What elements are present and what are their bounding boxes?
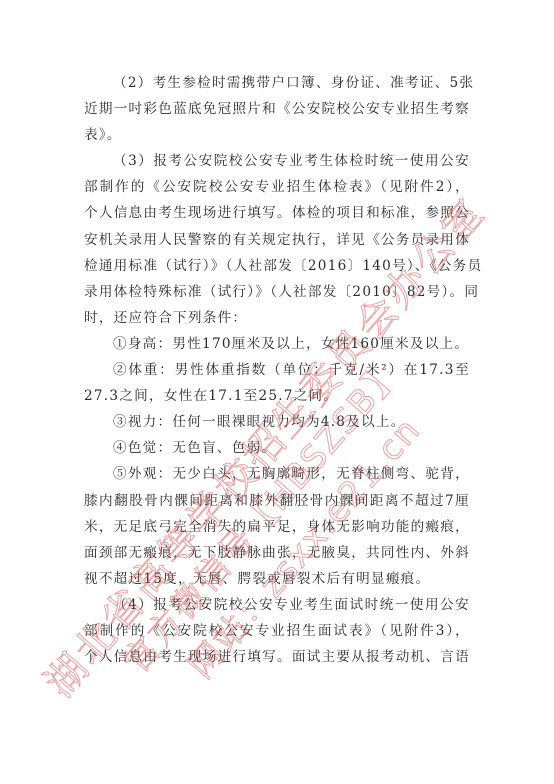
list-item-height: ①身高：男性170厘米及以上，女性160厘米及以上。 [84, 331, 470, 357]
text-line: 安机关录用人民警察的有关规定执行，详见《公务员录用体 [84, 227, 470, 253]
text-line: （3）报考公安院校公安专业考生体检时统一使用公安 [84, 148, 470, 174]
text-line: 视不超过15度，无唇、腭裂或唇裂术后有明显瘢痕。 [84, 566, 470, 592]
document-body: （2）考生参检时需携带户口簿、身份证、准考证、5张 近期一吋彩色蓝底免冠照片和《… [84, 70, 470, 670]
list-item-appearance: ⑤外观：无少白头，无胸廓畸形，无脊柱侧弯、驼背， [84, 461, 470, 487]
list-item-weight: ②体重：男性体重指数（单位：千克/米²）在17.3至 [84, 357, 470, 383]
text-line: 时，还应符合下列条件： [84, 305, 470, 331]
text-line: 录用体检特殊标准（试行）》（人社部发〔2010〕82号）。同 [84, 279, 470, 305]
text-line: 米，无足底弓完全消失的扁平足，身体无影响功能的瘢痕， [84, 514, 470, 540]
text-line: 检通用标准（试行）》（人社部发〔2016〕140号）、《公务员 [84, 253, 470, 279]
text-line: 部制作的《公安院校公安专业招生面试表》（见附件3）， [84, 618, 470, 644]
text-line: 近期一吋彩色蓝底免冠照片和《公安院校公安专业招生考察 [84, 96, 470, 122]
list-item-color-vision: ④色觉：无色盲、色弱。 [84, 435, 470, 461]
text-line: （4）报考公安院校公安专业考生面试时统一使用公安 [84, 592, 470, 618]
text-line: 个人信息由考生现场进行填写。面试主要从报考动机、言语 [84, 644, 470, 670]
text-line: 表》。 [84, 122, 470, 148]
text-line: 27.3之间，女性在17.1至25.7之间。 [84, 383, 470, 409]
text-line: 个人信息由考生现场进行填写。体检的项目和标准，参照公 [84, 200, 470, 226]
text-line: 膝内翻股骨内髁间距离和膝外翻胫骨内髁间距离不超过7厘 [84, 488, 470, 514]
document-page: （2）考生参检时需携带户口簿、身份证、准考证、5张 近期一吋彩色蓝底免冠照片和《… [0, 0, 554, 784]
text-line: （2）考生参检时需携带户口簿、身份证、准考证、5张 [84, 70, 470, 96]
text-line: 面颈部无瘢痕，无下肢静脉曲张，无腋臭，共同性内、外斜 [84, 540, 470, 566]
list-item-vision: ③视力：任何一眼裸眼视力均为4.8及以上。 [84, 409, 470, 435]
text-line: 部制作的《公安院校公安专业招生体检表》（见附件2）， [84, 174, 470, 200]
